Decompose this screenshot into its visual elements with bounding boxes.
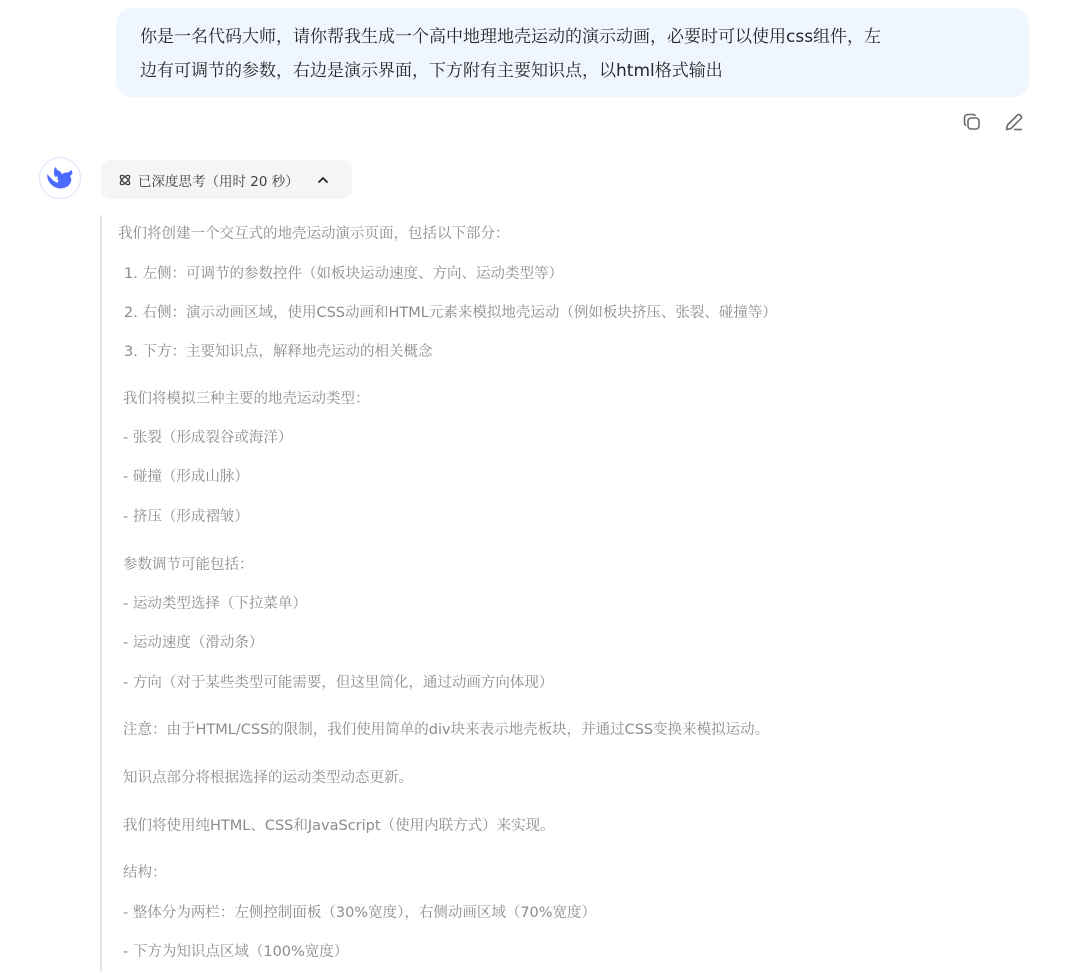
thought-line: 参数调节可能包括： <box>123 553 254 574</box>
user-message-bubble: 你是一名代码大师，请你帮我生成一个高中地理地壳运动的演示动画，必要时可以使用cs… <box>116 8 1029 97</box>
user-message-line-2: 边有可调节的参数，右边是演示界面，下方附有主要知识点，以html格式输出 <box>140 54 1007 88</box>
user-message-actions <box>960 110 1026 134</box>
thought-line: - 整体分为两栏：左侧控制面板（30%宽度），右侧动画区域（70%宽度） <box>123 901 596 922</box>
assistant-avatar <box>39 157 81 199</box>
edit-icon <box>1003 111 1025 133</box>
copy-button[interactable] <box>960 110 984 134</box>
deep-think-toggle[interactable]: 已深度思考（用时 20 秒） <box>101 160 352 199</box>
thought-process-panel: 我们将创建一个交互式的地壳运动演示页面，包括以下部分： 1. 左侧：可调节的参数… <box>100 215 1060 972</box>
user-message-line-1: 你是一名代码大师，请你帮我生成一个高中地理地壳运动的演示动画，必要时可以使用cs… <box>140 20 1007 54</box>
deep-think-label: 已深度思考（用时 20 秒） <box>138 170 299 190</box>
copy-icon <box>961 111 983 133</box>
thought-line: 我们将使用纯HTML、CSS和JavaScript（使用内联方式）来实现。 <box>123 814 555 835</box>
thought-line: - 碰撞（形成山脉） <box>123 465 249 486</box>
thought-line: 2. 右侧：演示动画区域，使用CSS动画和HTML元素来模拟地壳运动（例如板块挤… <box>124 301 777 322</box>
thought-line: 注意：由于HTML/CSS的限制，我们使用简单的div块来表示地壳板块，并通过C… <box>123 718 769 739</box>
thought-line: 知识点部分将根据选择的运动类型动态更新。 <box>123 766 413 787</box>
atom-icon <box>118 173 132 187</box>
thought-line: - 运动速度（滑动条） <box>123 631 263 652</box>
whale-logo-icon <box>47 167 73 189</box>
thought-line: - 方向（对于某些类型可能需要，但这里简化，通过动画方向体现） <box>123 671 553 692</box>
thought-line: - 挤压（形成褶皱） <box>123 505 249 526</box>
thought-line: - 运动类型选择（下拉菜单） <box>123 592 307 613</box>
thought-line: 我们将模拟三种主要的地壳运动类型： <box>123 387 370 408</box>
thought-line: - 下方为知识点区域（100%宽度） <box>123 940 348 961</box>
thought-line: 1. 左侧：可调节的参数控件（如板块运动速度、方向、运动类型等） <box>124 262 563 283</box>
edit-button[interactable] <box>1002 110 1026 134</box>
thought-line: - 张裂（形成裂谷或海洋） <box>123 426 292 447</box>
thought-line: 结构： <box>123 861 167 882</box>
thought-line: 3. 下方：主要知识点，解释地壳运动的相关概念 <box>124 340 432 361</box>
thought-line: 我们将创建一个交互式的地壳运动演示页面，包括以下部分： <box>118 222 510 243</box>
chevron-up-icon <box>317 175 329 185</box>
